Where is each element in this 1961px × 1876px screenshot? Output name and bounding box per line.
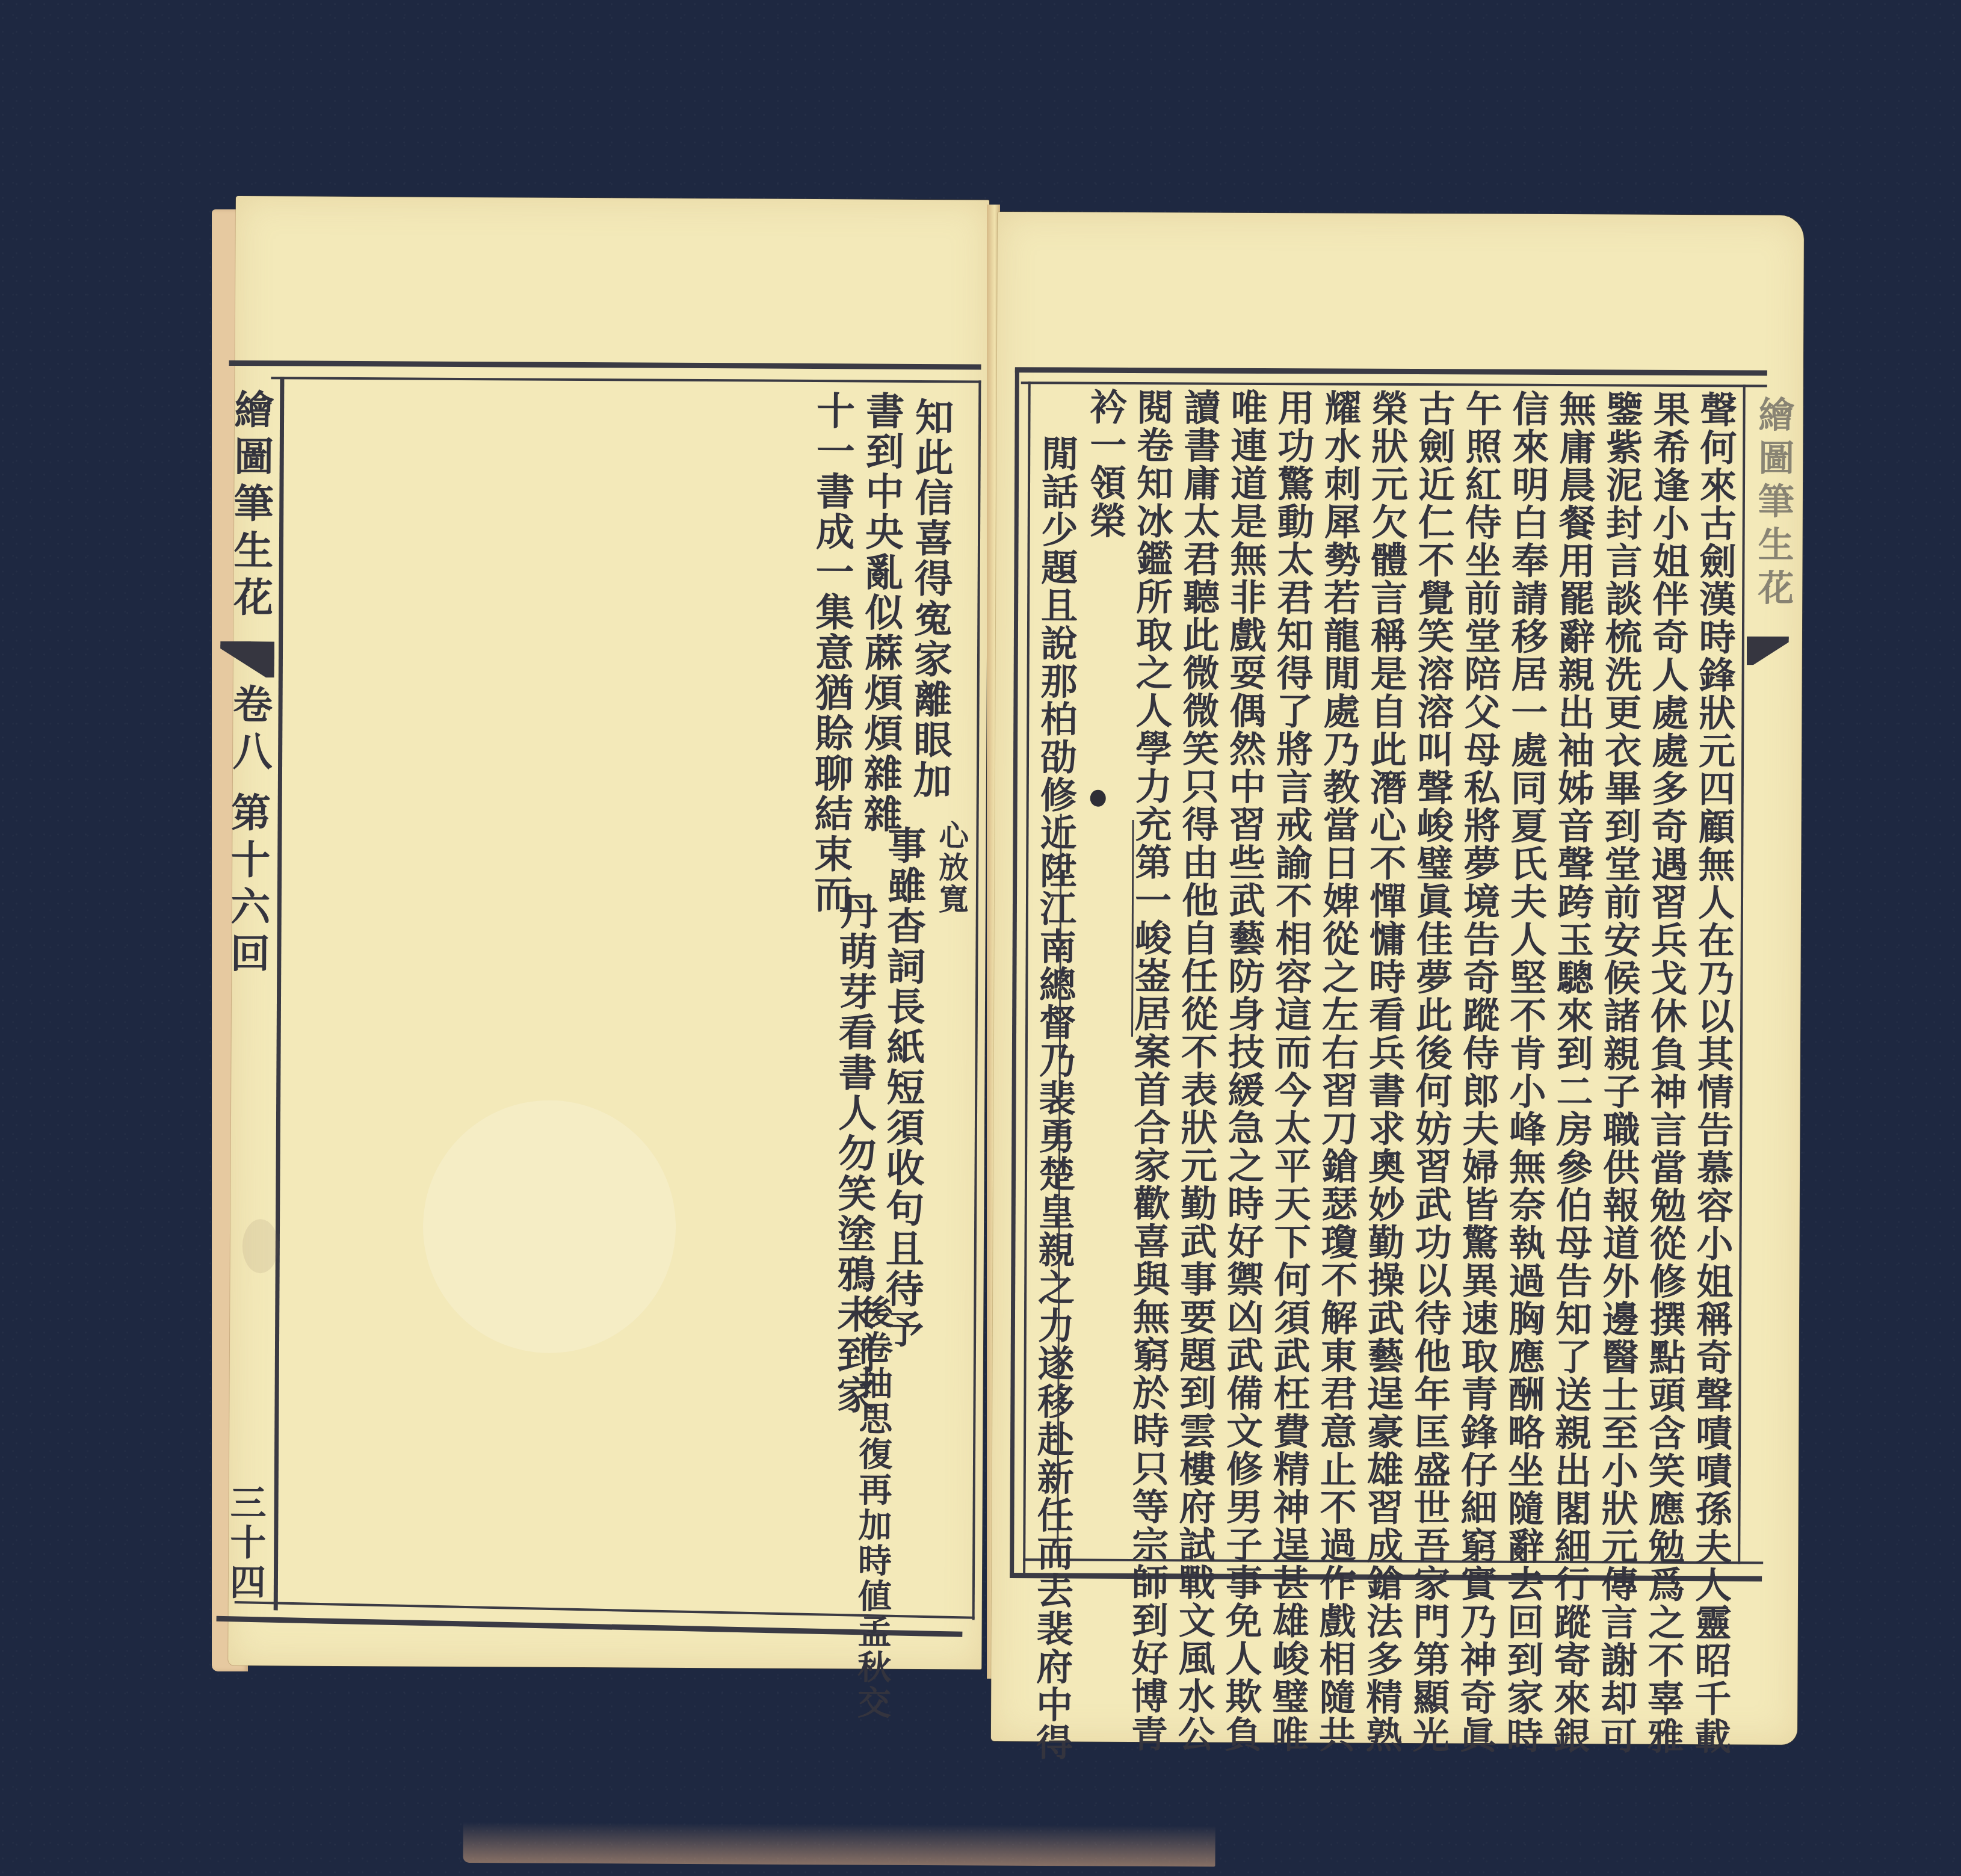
- text-column-2: 果希逢小姐伴奇人處處多奇遇習兵戈休負神言當勉從修撰點頭含笑應勉爲之不辜雅: [1642, 390, 1689, 1755]
- text-column-14: 衿一領榮: [1084, 388, 1126, 540]
- poem-column-5: 事雖杳詞長紙短須收句且待予: [880, 825, 925, 1350]
- main-text: 聲何來古劍漢時鋒狀元四顧無人在乃以其情告慕容小姐稱奇聲嘖嘖孫夫人靈昭千載 果希逢…: [998, 212, 1804, 215]
- text-column-1: 聲何來古劍漢時鋒狀元四顧無人在乃以其情告慕容小姐稱奇聲嘖嘖孫夫人靈昭千載: [1689, 390, 1736, 1755]
- text-column-3: 鑒紫泥封言談梳洗更衣畢到堂前安候諸親子職供報道外邊醫士至小狀元傳言謝却可: [1595, 390, 1642, 1754]
- inner-left-frame-line: [1023, 381, 1031, 1573]
- text-column-11: 唯連道是無非戲耍偶然中習些武藝防身技緩急之時好禦凶武備文修男子事免人欺負: [1220, 389, 1267, 1753]
- text-column-15: 閒話少題且說那柏劭修近陞江南總督乃裴勇楚皇親之力遂移赴新任而去裴府中得: [1031, 434, 1078, 1761]
- text-column-8: 榮狀元欠體言稱是自此潛心不憚慵時看兵書求奧妙勤操武藝逞豪雄習成鎗法多精熟: [1360, 389, 1407, 1754]
- paper-stain: [422, 1100, 676, 1354]
- book-photo-scene: 繪圖筆生花 卷八 第十六回 三十四 知此信喜得寃家離眼加 書到中央亂似蔴煩煩雜雜…: [0, 0, 1961, 1876]
- text-column-10: 用功驚動太君知得了將言戒諭不相容這而今太平天下何須武枉費精神逞甚雄峻璧唯: [1267, 389, 1314, 1753]
- left-page: 繪圖筆生花 卷八 第十六回 三十四 知此信喜得寃家離眼加 書到中央亂似蔴煩煩雜雜…: [228, 196, 989, 1670]
- margin-book-title: 繪圖筆生花: [1747, 395, 1800, 612]
- right-page: 繪圖筆生花 聲何來古劍漢時鋒狀元四顧無人在乃以其情告慕容小姐稱奇聲嘖嘖孫夫人靈昭…: [991, 212, 1804, 1745]
- left-frame-line: [1010, 368, 1019, 1578]
- margin-chapter: 第十六回: [218, 792, 277, 980]
- bottom-border-rule: [217, 1616, 963, 1637]
- right-frame-line: [972, 380, 981, 1620]
- text-column-5: 信來明白奉請移居一處同夏氏夫人堅不肯小峰無奈執過胸應酬略坐隨辭去回到家時: [1501, 390, 1548, 1754]
- poem-column-1: 知此信喜得寃家離眼加: [908, 397, 953, 800]
- margin-volume: 卷八: [221, 683, 279, 777]
- top-inner-rule: [1021, 381, 1767, 387]
- paper-stain: [242, 1219, 279, 1273]
- poem-column-7: 後卷抽思復再加時値孟秋交: [854, 1294, 892, 1720]
- text-column-13: 閱卷知冰鑑所取之人學力充第一峻崟居案首合家歡喜與無窮於時只等宗師到好博青: [1126, 388, 1173, 1753]
- text-column-12: 讀書庸太君聽此微微笑只得由他自任從不表狀元勤武事要題到雲樓府試戰文風水公: [1173, 388, 1220, 1753]
- margin-book-title: 繪圖筆生花: [221, 389, 280, 623]
- poem-column-3: 十一書成一集意猶賒聊結束而: [809, 390, 854, 915]
- top-border-rule: [229, 360, 981, 370]
- text-column-6: 午照紅侍坐前堂陪父母私將夢境告奇蹤侍郎夫婦皆驚異速取青鋒仔細窮實乃神奇眞: [1454, 389, 1501, 1754]
- margin-page-number: 三十四: [219, 1484, 271, 1603]
- margin-fishtail-mark: [1747, 636, 1789, 665]
- top-border-rule: [1015, 367, 1767, 375]
- page-bottom-edge: [463, 1822, 1215, 1867]
- closing-poem: 知此信喜得寃家離眼加 書到中央亂似蔴煩煩雜雜 十一書成一集意猶賒聊結束而 心放寬…: [236, 196, 989, 200]
- top-inner-rule: [271, 377, 981, 383]
- section-end-dot: [1090, 790, 1106, 807]
- poem-column-2: 書到中央亂似蔴煩煩雜雜: [858, 390, 903, 834]
- text-column-9: 耀水刺犀勢若龍閒處乃教當日婢從之左右習刀鎗瑟瓊不解東君意止不過作戲相隨共: [1314, 389, 1360, 1753]
- poem-column-4: 心放寬: [930, 819, 973, 915]
- text-column-4: 無庸晨餐用罷辭親出袖姊音聲跨玉驄來到二房參伯母告知了送親出閣細行蹤寄來銀: [1548, 390, 1595, 1754]
- right-frame-line: [1738, 384, 1746, 1564]
- text-column-7: 古劍近仁不覺笑溶溶叫聲峻璧眞佳夢此後何妨習武功以待他年匡盛世吾家門第顯光: [1407, 389, 1454, 1754]
